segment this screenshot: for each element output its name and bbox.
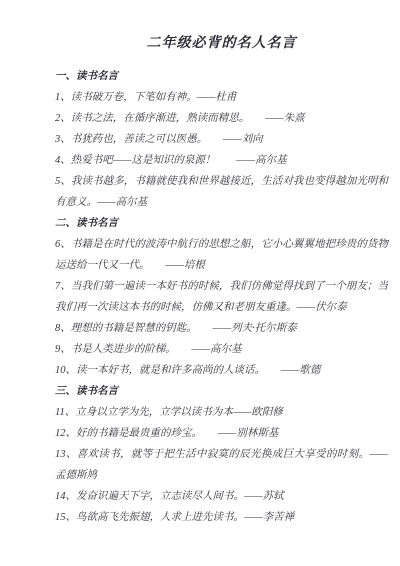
quote-item-1: 1、读书破万卷，下笔如有神。——杜甫 bbox=[55, 87, 388, 108]
section-reading-quotes-2: 二、读书名言 6、书籍是在时代的波涛中航行的思想之船，它小心翼翼地把珍贵的货物运… bbox=[55, 213, 388, 381]
quote-item-3: 3、书犹药也，善读之可以医愚。 ——刘向 bbox=[55, 129, 388, 150]
section-heading: 二、读书名言 bbox=[55, 213, 388, 234]
quote-item-13: 13、喜欢读书，就等于把生活中寂寞的辰光换成巨大享受的时刻。——孟德斯鸠 bbox=[55, 444, 388, 486]
quote-item-10: 10、读一本好书，就是和许多高尚的人谈话。 ——歌德 bbox=[55, 360, 388, 381]
quote-item-14: 14、发奋识遍天下字，立志读尽人间书。——苏轼 bbox=[55, 486, 388, 507]
document-page: 二年级必背的名人名言 一、读书名言 1、读书破万卷，下笔如有神。——杜甫 2、读… bbox=[0, 0, 400, 566]
quote-item-15: 15、鸟欲高飞先振翅，人求上进先读书。——李苦禅 bbox=[55, 507, 388, 528]
quote-item-6: 6、书籍是在时代的波涛中航行的思想之船，它小心翼翼地把珍贵的货物运送给一代又一代… bbox=[55, 234, 388, 276]
quote-item-11: 11、立身以立学为先，立学以读书为本——欧阳修 bbox=[55, 402, 388, 423]
quote-item-9: 9、书是人类进步的阶梯。 ——高尔基 bbox=[55, 339, 388, 360]
section-reading-quotes-3: 三、读书名言 11、立身以立学为先，立学以读书为本——欧阳修 12、好的书籍是最… bbox=[55, 381, 388, 528]
section-reading-quotes-1: 一、读书名言 1、读书破万卷，下笔如有神。——杜甫 2、读书之法，在循序渐进，熟… bbox=[55, 66, 388, 213]
quote-item-4: 4、热爱书吧——这是知识的泉源！ ——高尔基 bbox=[55, 150, 388, 171]
quote-item-12: 12、好的书籍是最贵重的珍宝。 ——别林斯基 bbox=[55, 423, 388, 444]
quote-item-5: 5、我读书越多，书籍就使我和世界越接近，生活对我也变得越加光明和有意义。——高尔… bbox=[55, 171, 388, 213]
section-heading: 三、读书名言 bbox=[55, 381, 388, 402]
section-heading: 一、读书名言 bbox=[55, 66, 388, 87]
quote-item-7: 7、当我们第一遍读一本好书的时候，我们仿佛觉得找到了一个朋友；当我们再一次读这本… bbox=[55, 276, 388, 318]
document-title: 二年级必背的名人名言 bbox=[55, 34, 388, 54]
quote-item-2: 2、读书之法，在循序渐进，熟读而精思。 ——朱熹 bbox=[55, 108, 388, 129]
quote-item-8: 8、理想的书籍是智慧的钥匙。 ——列夫·托尔斯泰 bbox=[55, 318, 388, 339]
